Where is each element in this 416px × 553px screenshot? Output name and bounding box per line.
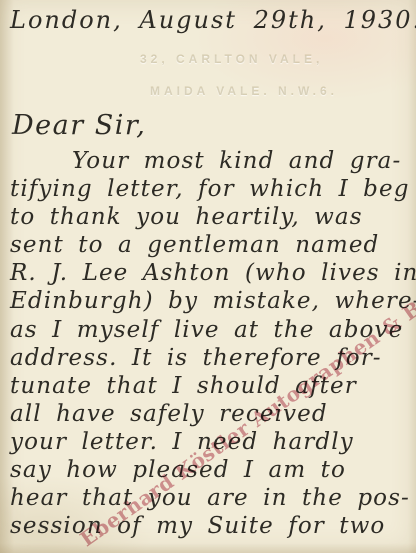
body-line: as I myself live at the above — [10, 316, 416, 344]
body-line: all have safely received — [10, 400, 416, 428]
letterhead-line-2: MAIDA VALE. N.W.6. — [150, 84, 338, 98]
body-line: say how pleased I am to — [10, 456, 416, 484]
body-line: your letter. I need hardly — [10, 428, 416, 456]
letter-body: Your most kind and gra- tifying letter, … — [10, 147, 416, 540]
body-line: Edinburgh) by mistake, where- — [10, 287, 416, 315]
body-line: hear that you are in the pos- — [10, 484, 416, 512]
body-line: Your most kind and gra- — [10, 147, 416, 175]
salutation: Dear Sir, — [12, 110, 146, 141]
body-line: address. It is therefore for- — [10, 344, 416, 372]
body-line: tifying letter, for which I beg — [10, 175, 416, 203]
date-line: London, August 29th, 1930. — [10, 6, 416, 34]
body-line: to thank you heartily, was — [10, 203, 416, 231]
body-line: session of my Suite for two — [10, 512, 416, 540]
body-line: sent to a gentleman named — [10, 231, 416, 259]
body-line: tunate that I should after — [10, 372, 416, 400]
letter-page: London, August 29th, 1930. 32, CARLTON V… — [0, 0, 416, 553]
letterhead-line-1: 32, CARLTON VALE, — [140, 52, 323, 66]
body-line: R. J. Lee Ashton (who lives in — [10, 259, 416, 287]
